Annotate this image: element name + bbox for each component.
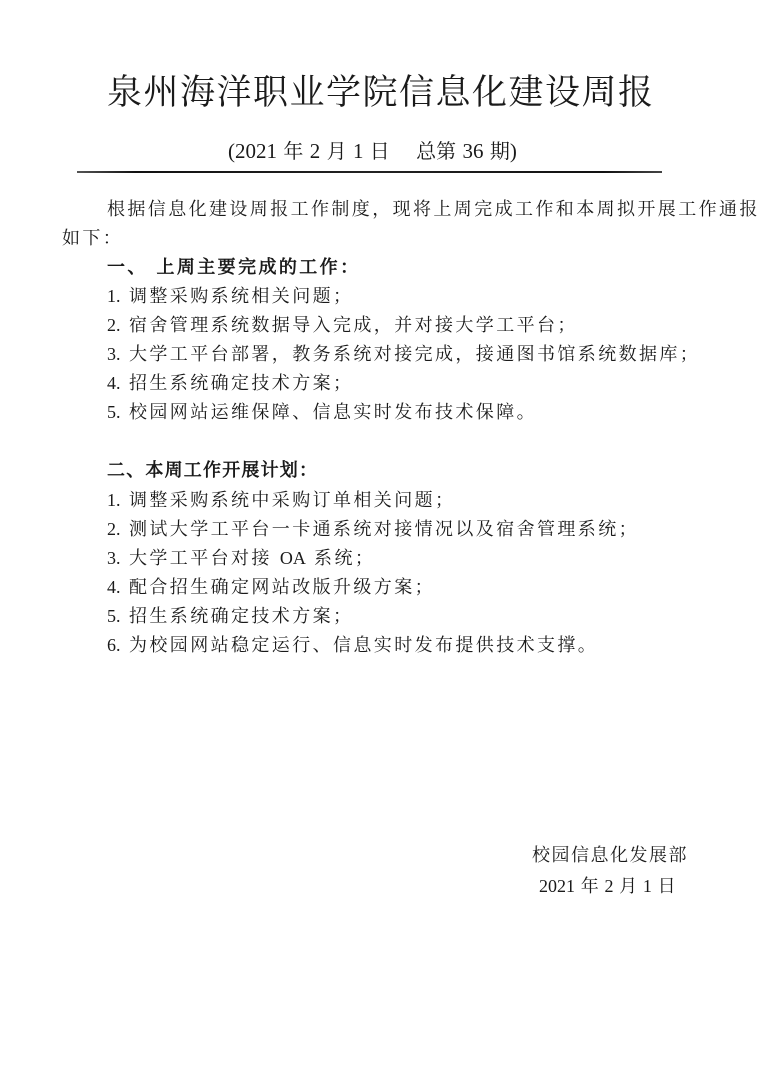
- item-text: 校园网站运维保障、信息实时发布技术保障。: [129, 402, 537, 423]
- subtitle-day: 1: [353, 139, 364, 163]
- subtitle-month: 2: [310, 139, 321, 163]
- item-number: 1.: [107, 486, 129, 515]
- subtitle-year-unit: 年: [277, 139, 310, 163]
- signature-date: 2021 年 2 月 1 日: [539, 871, 676, 902]
- item-number: 5.: [107, 398, 129, 427]
- item-text: 调整采购系统相关问题；: [129, 286, 353, 307]
- item-number: 2.: [107, 515, 129, 544]
- item-number: 4.: [107, 573, 129, 602]
- item-text-post: 系统；: [306, 548, 375, 569]
- item-text: 为校园网站稳定运行、信息实时发布提供技术支撑。: [129, 635, 598, 656]
- subtitle-day-unit: 日 总第: [363, 139, 462, 163]
- signature-day-unit: 日: [652, 876, 676, 897]
- issue-subtitle: (2021 年 2 月 1 日 总第 36 期): [228, 136, 517, 166]
- item-number: 5.: [107, 602, 129, 631]
- subtitle-close-paren: ): [510, 139, 517, 163]
- subtitle-open-paren: (: [228, 139, 235, 163]
- document-title: 泉州海洋职业学院信息化建设周报: [107, 68, 637, 118]
- item-text-latin: OA: [280, 548, 306, 568]
- section-1-item: 5.校园网站运维保障、信息实时发布技术保障。: [107, 398, 537, 427]
- signature-day: 1: [643, 876, 652, 896]
- section-2-item: 3.大学工平台对接 OA 系统；: [107, 544, 375, 573]
- section-1-item: 3.大学工平台部署，教务系统对接完成，接通图书馆系统数据库；: [107, 340, 700, 369]
- item-number: 3.: [107, 544, 129, 573]
- subtitle-issue-number: 36: [463, 139, 484, 163]
- signature-year: 2021: [539, 876, 575, 896]
- intro-line-2: 如下：: [62, 224, 123, 253]
- item-text: 宿舍管理系统数据导入完成，并对接大学工平台；: [129, 315, 578, 336]
- signature-department: 校园信息化发展部: [532, 841, 688, 871]
- item-number: 1.: [107, 282, 129, 311]
- item-text: 测试大学工平台一卡通系统对接情况以及宿舍管理系统；: [129, 519, 639, 540]
- section-2-item: 5.招生系统确定技术方案；: [107, 602, 353, 631]
- section-2-item: 6.为校园网站稳定运行、信息实时发布提供技术支撑。: [107, 631, 598, 660]
- section-2-heading: 二、本周工作开展计划：: [107, 456, 318, 485]
- item-text: 配合招生确定网站改版升级方案；: [129, 577, 435, 598]
- document-page: 泉州海洋职业学院信息化建设周报 (2021 年 2 月 1 日 总第 36 期)…: [0, 0, 771, 1092]
- section-2-item: 2.测试大学工平台一卡通系统对接情况以及宿舍管理系统；: [107, 515, 639, 544]
- item-text: 大学工平台部署，教务系统对接完成，接通图书馆系统数据库；: [129, 344, 700, 365]
- section-1-item: 1.调整采购系统相关问题；: [107, 282, 353, 311]
- item-text: 调整采购系统中采购订单相关问题；: [129, 490, 455, 511]
- item-number: 6.: [107, 631, 129, 660]
- item-number: 4.: [107, 369, 129, 398]
- intro-line-1: 根据信息化建设周报工作制度，现将上周完成工作和本周拟开展工作通报: [107, 195, 760, 224]
- section-2-item: 1.调整采购系统中采购订单相关问题；: [107, 486, 455, 515]
- item-text-pre: 大学工平台对接: [129, 548, 280, 569]
- subtitle-issue-unit: 期: [484, 139, 510, 163]
- section-1-heading: 一、 上周主要完成的工作：: [107, 253, 360, 282]
- subtitle-year: 2021: [235, 139, 277, 163]
- section-1-item: 2.宿舍管理系统数据导入完成，并对接大学工平台；: [107, 311, 578, 340]
- section-2-item: 4.配合招生确定网站改版升级方案；: [107, 573, 435, 602]
- section-1-item: 4.招生系统确定技术方案；: [107, 369, 353, 398]
- item-text: 招生系统确定技术方案；: [129, 606, 353, 627]
- subtitle-month-unit: 月: [320, 139, 353, 163]
- header-divider: [77, 171, 662, 173]
- signature-year-unit: 年: [575, 876, 604, 897]
- item-number: 2.: [107, 311, 129, 340]
- signature-month-unit: 月: [613, 876, 642, 897]
- item-text: 招生系统确定技术方案；: [129, 373, 353, 394]
- item-number: 3.: [107, 340, 129, 369]
